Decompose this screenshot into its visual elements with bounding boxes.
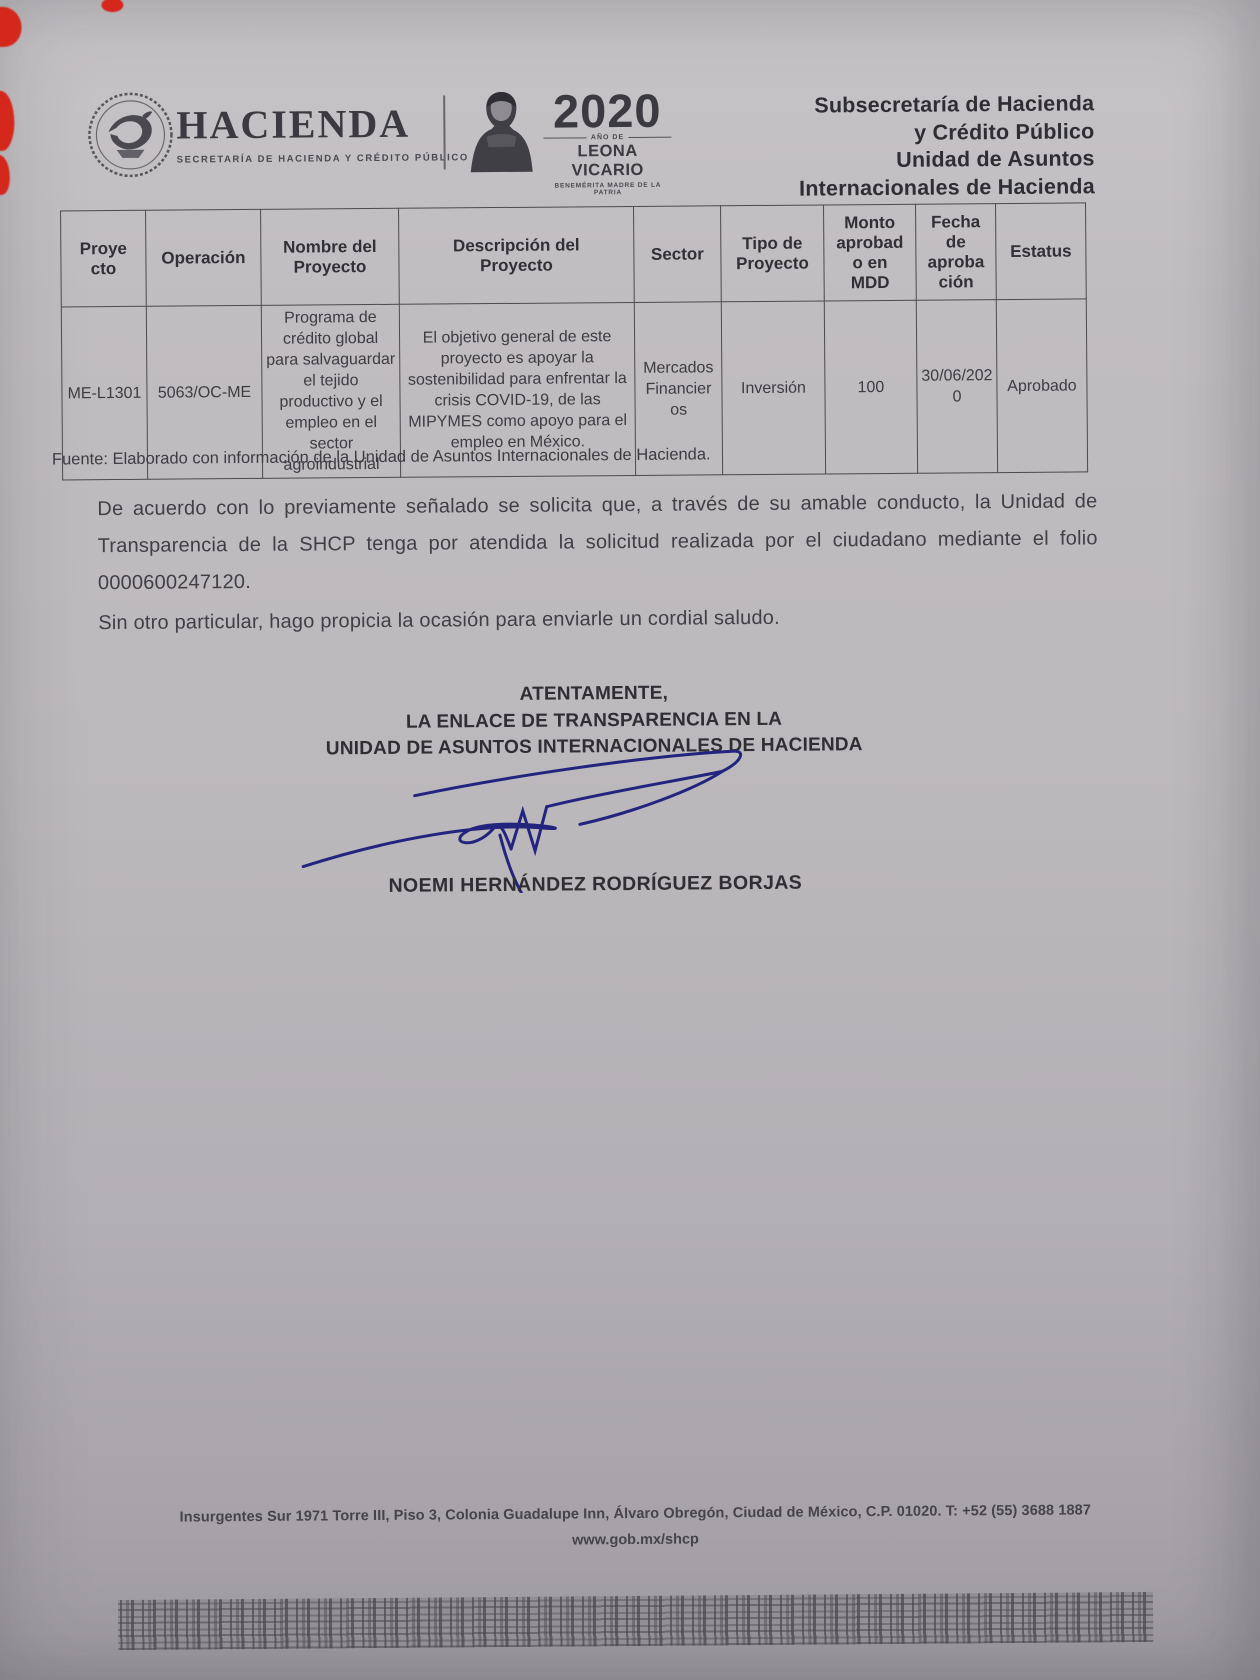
leona-vicario-portrait-icon (466, 87, 537, 181)
col-header-tipo: Tipo de Proyecto (721, 205, 825, 302)
decorative-greca-band (118, 1592, 1153, 1650)
red-ink-mark (101, 0, 123, 12)
signer-name: NOEMI HERNÁNDEZ RODRÍGUEZ BORJAS (295, 871, 895, 899)
cell-monto: 100 (824, 300, 917, 474)
col-header-descripcion: Descripción del Proyecto (399, 206, 635, 304)
col-header-operacion: Operación (146, 209, 262, 306)
cell-tipo: Inversión (721, 301, 825, 475)
scan-content: HACIENDA SECRETARÍA DE HACIENDA Y CRÉDIT… (0, 0, 1260, 1680)
office-line: Subsecretaría de Hacienda (614, 90, 1094, 121)
red-ink-mark (0, 155, 10, 195)
issuing-office-block: Subsecretaría de Hacienda y Crédito Públ… (614, 90, 1095, 204)
office-line: Unidad de Asuntos (615, 145, 1095, 176)
col-header-sector: Sector (634, 206, 722, 303)
office-line: y Crédito Público (614, 118, 1094, 149)
office-line: Internacionales de Hacienda (615, 173, 1095, 204)
red-ink-mark (0, 7, 22, 47)
projects-table: Proye cto Operación Nombre del Proyecto … (60, 202, 1088, 480)
hacienda-wordmark: HACIENDA (176, 99, 446, 148)
cell-estatus: Aprobado (996, 299, 1087, 473)
red-ink-mark (0, 91, 15, 151)
col-header-nombre: Nombre del Proyecto (261, 208, 400, 305)
body-paragraph-2: Sin otro particular, hago propicia la oc… (98, 597, 1098, 642)
cell-fecha: 30/06/202 0 (916, 300, 997, 474)
footer-address: Insurgentes Sur 1971 Torre III, Piso 3, … (85, 1502, 1185, 1527)
hacienda-tagline: SECRETARÍA DE HACIENDA Y CRÉDITO PÚBLICO (177, 152, 447, 165)
footer-website: www.gob.mx/shcp (85, 1528, 1185, 1553)
col-header-proyecto: Proye cto (61, 210, 147, 307)
table-header-row: Proye cto Operación Nombre del Proyecto … (61, 203, 1087, 307)
col-header-estatus: Estatus (996, 203, 1087, 300)
national-eagle-seal-icon (86, 90, 175, 186)
scanned-letter-page: HACIENDA SECRETARÍA DE HACIENDA Y CRÉDIT… (0, 0, 1260, 1680)
col-header-fecha: Fecha de aproba ción (916, 204, 997, 301)
hacienda-logo: HACIENDA SECRETARÍA DE HACIENDA Y CRÉDIT… (176, 99, 446, 165)
col-header-monto: Monto aprobad o en MDD (824, 204, 917, 301)
body-paragraph-1: De acuerdo con lo previamente señalado s… (97, 483, 1098, 602)
